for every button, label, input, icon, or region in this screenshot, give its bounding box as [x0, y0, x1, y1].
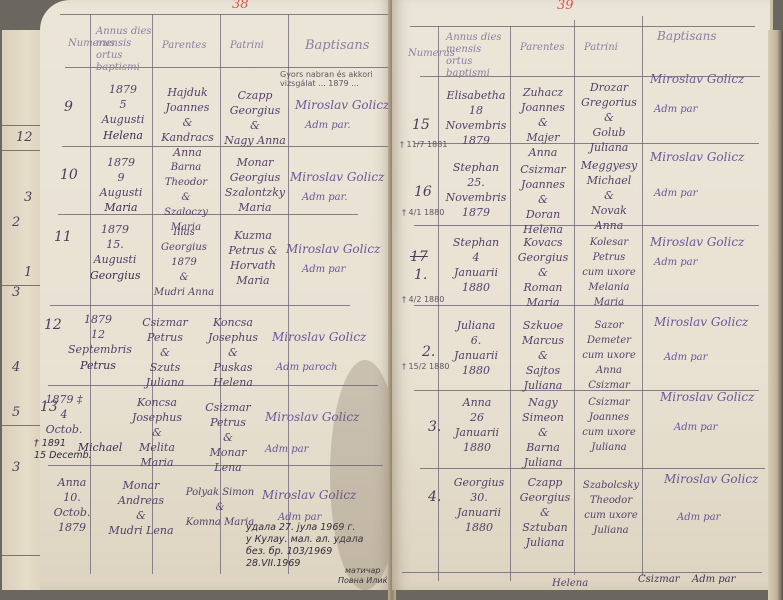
entry-godparents: Koncsa Josephus & Puskas Helena — [200, 315, 266, 390]
entry-number: 11 — [54, 230, 72, 245]
margin-number: 3 — [12, 460, 20, 475]
entry-parents: Czapp Georgius & Sztuban Juliana — [514, 475, 576, 550]
entry-child: Maria — [96, 200, 146, 215]
entry-number: 12 — [44, 318, 62, 333]
entry-godparents: Drozar Gregorius & Golub Juliana — [576, 80, 642, 155]
baptiser-note: Adm par — [654, 186, 697, 201]
baptiser-signature: Miroslav Golicz — [290, 170, 384, 185]
margin-note: Gyors nabran és akkori vizsgálat ... 187… — [280, 70, 390, 88]
death-note: † 4/2 1880 — [402, 295, 444, 304]
entry-date: Stephan 25. Novembris 1879 — [444, 160, 508, 220]
entry-date: Stephan 4 Januarii 1880 — [444, 235, 508, 295]
death-note: † 1891 15 Decemb. — [34, 438, 92, 462]
entry-godparents: Monar Georgius Szalontzky Maria — [222, 155, 288, 215]
entry-parents: Ilias Georgius 1879 & Mudri Anna — [150, 225, 218, 300]
death-note: † 15/2 1880 — [402, 362, 449, 371]
underlying-page-text: Adm par — [692, 572, 735, 587]
entry-number: 3. — [428, 420, 441, 435]
column-header-number: Numerus — [408, 48, 438, 60]
page-edge-frayed — [768, 30, 783, 600]
baptiser-signature: Miroslav Golicz — [664, 472, 758, 487]
entry-parents: Csizmar Petrus & Szuts Juliana — [132, 315, 198, 390]
baptiser-note: Adm par — [677, 510, 720, 525]
baptiser-note: Adm par. — [305, 118, 351, 133]
entry-parents: Zuhacz Joannes & Majer Anna — [512, 85, 574, 160]
baptiser-signature: Miroslav Golicz — [660, 390, 754, 405]
margin-number: 3 — [12, 285, 20, 300]
entry-date: Elisabetha 18 Novembris 1879 — [444, 88, 508, 148]
entry-date: 1879 15. Augusti — [90, 222, 140, 267]
baptiser-note: Adm par — [654, 255, 697, 270]
entry-child: Helena — [98, 128, 148, 143]
margin-number: 4 — [12, 360, 20, 375]
death-note: † 4/1 1880 — [402, 208, 444, 217]
entry-date: 1879 ‡ 4 Octob. — [34, 392, 94, 437]
margin-number: 1 — [24, 265, 32, 280]
column-header-date: Annus dies mensis ortus baptismi — [446, 32, 510, 80]
entry-godparents: Meggyesy Michael & Novak Anna — [576, 158, 642, 233]
entry-number: 1. — [414, 268, 427, 283]
entry-date: 1879 12 Septembris — [68, 312, 128, 357]
entry-parents: Barna Theodor & Szaloczy Maria — [152, 160, 220, 235]
entry-parents: Hajduk Joannes & Kandracs Anna — [155, 85, 220, 160]
entry-parents: Kovacs Georgius & Roman Maria — [512, 235, 574, 310]
entry-number: 9 — [64, 100, 73, 115]
baptiser-signature: Miroslav Golicz — [272, 330, 366, 345]
death-note: † 11/7 1881 — [400, 140, 447, 149]
margin-number: 3 — [24, 190, 32, 205]
entry-godparents: Csizmar Petrus & Monar Lena — [195, 400, 261, 475]
baptiser-signature: Miroslav Golicz — [650, 235, 744, 250]
entry-number: 16 — [414, 185, 432, 200]
struck-entry-number: 17 — [410, 250, 428, 265]
page-number: 39 — [557, 0, 574, 13]
entry-number: 10 — [60, 168, 78, 183]
margin-number: 5 — [12, 405, 20, 420]
entry-godparents: Szabolcsky Theodor cum uxore Juliana — [578, 478, 644, 538]
entry-child: Petrus — [68, 358, 128, 373]
entry-date: Juliana 6. Januarii 1880 — [444, 318, 508, 378]
margin-number: 12 — [16, 130, 33, 145]
baptiser-note: Adm paroch — [276, 360, 338, 375]
open-register-book: 12 3 2 1 3 4 5 3 38 Numerus Annus dies m… — [0, 0, 783, 600]
entry-godparents: Csizmar Joannes cum uxore Juliana — [576, 395, 642, 455]
entry-date: Anna 10. Octob. 1879 — [42, 475, 102, 535]
entry-parents: Csizmar Joannes & Doran Helena — [512, 162, 574, 237]
entry-date: 1879 5 Augusti — [98, 82, 148, 127]
entry-parents: Monar Andreas & Mudri Lena — [108, 478, 174, 538]
column-header-parents: Parentes — [520, 42, 564, 54]
entry-godparents: Kolesar Petrus cum uxore Melania Maria — [576, 235, 642, 310]
baptiser-note: Adm par. — [302, 190, 348, 205]
baptiser-signature: Miroslav Golicz — [286, 242, 380, 257]
entry-date: Anna 26 Januarii 1880 — [444, 395, 510, 455]
column-header-baptiser: Baptisans — [305, 40, 369, 52]
column-header-baptiser: Baptisans — [657, 30, 717, 42]
entry-date: Georgius 30. Januarii 1880 — [446, 475, 512, 535]
column-header-date: Annus dies mensis ortus baptismi — [96, 26, 152, 74]
baptiser-note: Adm par — [654, 102, 697, 117]
entry-godparents: Kuzma Petrus & Horvath Maria — [220, 228, 286, 288]
entry-number: 4. — [428, 490, 441, 505]
underlying-page-text: Helena — [552, 576, 588, 591]
baptiser-signature: Miroslav Golicz — [650, 72, 744, 87]
baptiser-note: Adm par — [674, 420, 717, 435]
baptiser-signature: Miroslav Golicz — [650, 150, 744, 165]
underlying-page-text: Csizmar — [638, 572, 679, 587]
page-number: 38 — [232, 0, 249, 12]
entry-date: 1879 9 Augusti — [96, 155, 146, 200]
entry-parents: Szkuoe Marcus & Sajtos Juliana — [512, 318, 574, 393]
baptiser-note: Adm par — [664, 350, 707, 365]
column-header-godparents: Patrini — [584, 42, 618, 54]
column-header-godparents: Patrini — [230, 40, 264, 52]
entry-godparents: Sazor Demeter cum uxore Anna Csizmar — [576, 318, 642, 393]
column-header-parents: Parentes — [162, 40, 206, 52]
column-header-number: Numerus — [68, 38, 90, 50]
left-page: 38 Numerus Annus dies mensis ortus bapti… — [40, 0, 392, 590]
entry-parents: Koncsa Josephus & Melita Maria — [124, 395, 190, 470]
entry-godparents: Czapp Georgius & Nagy Anna — [222, 88, 288, 148]
entry-number: 2. — [422, 345, 435, 360]
entry-number: 15 — [412, 118, 430, 133]
baptiser-note: Adm par — [265, 442, 308, 457]
right-page: 39 Numerus Annus dies mensis ortus bapti… — [392, 0, 773, 590]
baptiser-signature: Miroslav Golicz — [654, 315, 748, 330]
baptiser-note: Adm par — [302, 262, 345, 277]
entry-child: Georgius — [90, 268, 140, 283]
entry-parents: Nagy Simeon & Barna Juliana — [512, 395, 574, 470]
margin-number: 2 — [12, 215, 20, 230]
baptiser-signature: Miroslav Golicz — [295, 98, 389, 113]
